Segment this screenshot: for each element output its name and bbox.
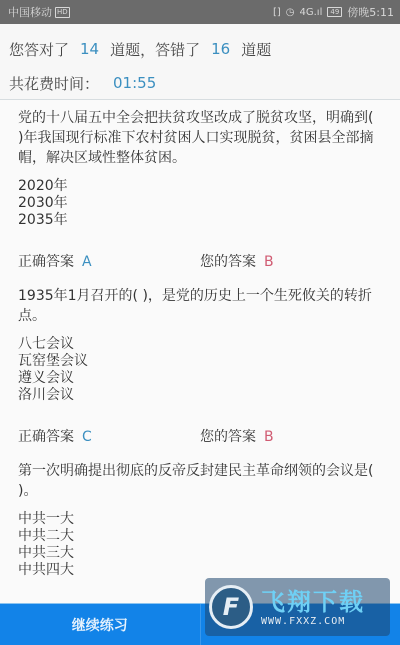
carrier-name: 中国移动 — [8, 4, 52, 20]
time-line: 共花费时间： 01:55 — [9, 66, 391, 100]
option: 中共四大 — [18, 562, 382, 579]
hd-icon: HD — [55, 7, 70, 18]
option: 洛川会议 — [18, 387, 382, 404]
option: 2020年 — [18, 178, 382, 195]
wrong-count: 16 — [211, 40, 230, 58]
question-text: 1935年1月召开的( )，是党的历史上一个生死攸关的转折点。 — [18, 286, 382, 326]
correct-answer-label: 正确答案 — [18, 254, 74, 270]
options-list: 八七会议 瓦窑堡会议 遵义会议 洛川会议 — [18, 336, 382, 404]
question-review-list[interactable]: 党的十八届五中全会把扶贫攻坚改成了脱贫攻坚，明确到( )年我国现行标准下农村贫困… — [0, 100, 400, 604]
time-label: 共花费时间： — [9, 73, 99, 94]
wrong-suffix: 道题 — [241, 39, 271, 60]
watermark-overlay: F 飞翔下载 WWW.FXXZ.COM — [205, 578, 390, 636]
time-value: 01:55 — [113, 74, 156, 92]
signal-icon: 4G.ıl — [300, 7, 323, 18]
vibrate-icon: [] — [273, 7, 281, 18]
options-list: 2020年 2030年 2035年 — [18, 178, 382, 229]
correct-count: 14 — [80, 40, 99, 58]
question-item: 党的十八届五中全会把扶贫攻坚改成了脱贫攻坚，明确到( )年我国现行标准下农村贫困… — [18, 108, 382, 271]
question-text: 第一次明确提出彻底的反帝反封建民主革命纲领的会议是( )。 — [18, 461, 382, 501]
option: 瓦窑堡会议 — [18, 353, 382, 370]
correct-prefix: 您答对了 — [9, 39, 69, 60]
correct-suffix: 道题，答错了 — [110, 39, 200, 60]
correct-answer-value: C — [82, 429, 92, 445]
option: 2030年 — [18, 195, 382, 212]
your-answer-label: 您的答案 — [200, 254, 256, 270]
answer-row: 正确答案A 您的答案B — [18, 251, 382, 271]
watermark-title: 飞翔下载 — [261, 588, 365, 616]
question-item: 1935年1月召开的( )，是党的历史上一个生死攸关的转折点。 八七会议 瓦窑堡… — [18, 286, 382, 446]
status-bar: 中国移动 HD [] ◷ 4G.ıl 49 傍晚5:11 — [0, 0, 400, 24]
option: 2035年 — [18, 212, 382, 229]
battery-icon: 49 — [327, 7, 342, 17]
option: 中共一大 — [18, 511, 382, 528]
options-list: 中共一大 中共二大 中共三大 中共四大 — [18, 511, 382, 579]
clock: 傍晚5:11 — [347, 4, 394, 20]
option: 中共三大 — [18, 545, 382, 562]
your-answer-value: B — [264, 429, 274, 445]
continue-practice-button[interactable]: 继续练习 — [0, 604, 201, 645]
score-line: 您答对了 14 道题，答错了 16 道题 — [9, 32, 391, 66]
result-summary: 您答对了 14 道题，答错了 16 道题 共花费时间： 01:55 — [0, 24, 400, 100]
your-answer-label: 您的答案 — [200, 429, 256, 445]
answer-row: 正确答案C 您的答案B — [18, 426, 382, 446]
alarm-icon: ◷ — [286, 7, 295, 18]
question-text: 党的十八届五中全会把扶贫攻坚改成了脱贫攻坚，明确到( )年我国现行标准下农村贫困… — [18, 108, 382, 168]
correct-answer-value: A — [82, 254, 92, 270]
option: 中共二大 — [18, 528, 382, 545]
your-answer-value: B — [264, 254, 274, 270]
watermark-url: WWW.FXXZ.COM — [261, 616, 365, 627]
option: 遵义会议 — [18, 370, 382, 387]
watermark-logo-icon: F — [209, 585, 253, 629]
correct-answer-label: 正确答案 — [18, 429, 74, 445]
option: 八七会议 — [18, 336, 382, 353]
